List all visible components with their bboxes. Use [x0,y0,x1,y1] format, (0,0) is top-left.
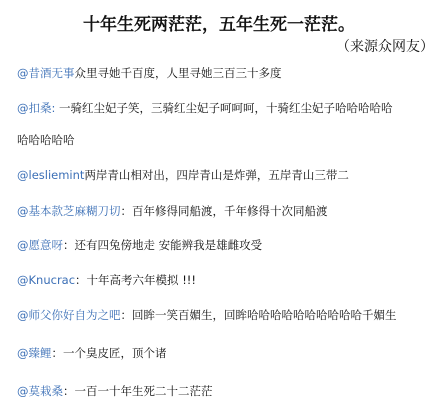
separator: ： [121,308,133,322]
source-note: （来源众网友） [336,36,434,56]
comment-item: @Knucrac：十年高考六年模拟 !!! [17,273,432,287]
separator: ： [52,346,64,360]
user-mention[interactable]: @愿意呀 [17,238,63,252]
comment-item: @愿意呀：还有四兔傍地走 安能辨我是雄雌攻受 [17,238,432,252]
comment-text: 众里寻她千百度，人里寻她三百三十多度 [75,66,282,80]
separator: : [52,101,60,115]
comment-item: @臻鲤：一个臭皮匠，顶个诸 [17,346,432,360]
user-mention[interactable]: @师父你好自为之吧 [17,308,121,322]
comment-continuation: 哈哈哈哈哈 [17,133,75,147]
user-mention[interactable]: @基本款芝麻糊刀切 [17,204,121,218]
separator: ： [75,273,87,287]
separator: ： [63,238,75,252]
user-mention[interactable]: @臻鲤 [17,346,52,360]
comment-text: 百年修得同船渡，千年修得十次同船渡 [132,204,328,218]
comment-text: 一百一十年生死二十二茫茫 [75,384,213,398]
user-mention[interactable]: @莫栽桑 [17,384,63,398]
comment-item: @昔酒无事众里寻她千百度，人里寻她三百三十多度 [17,66,432,80]
page-title: 十年生死两茫茫，五年生死一茫茫。 [0,10,438,35]
comment-text: 一骑红尘妃子笑，三骑红尘妃子呵呵呵，十骑红尘妃子哈哈哈哈哈 [59,101,393,115]
comment-text: 一个臭皮匠，顶个诸 [63,346,167,360]
comment-text: 十年高考六年模拟 !!! [87,273,197,287]
user-mention[interactable]: @昔酒无事 [17,66,75,80]
comment-item: @基本款芝麻糊刀切：百年修得同船渡，千年修得十次同船渡 [17,204,432,218]
user-mention[interactable]: @扣桑 [17,101,52,115]
comment-item: @莫栽桑：一百一十年生死二十二茫茫 [17,384,432,398]
comment-item: @扣桑: 一骑红尘妃子笑，三骑红尘妃子呵呵呵，十骑红尘妃子哈哈哈哈哈 [17,101,432,115]
comment-item: @师父你好自为之吧：回眸一笑百媚生，回眸哈哈哈哈哈哈哈哈哈哈千媚生 [17,308,432,322]
comment-text: 还有四兔傍地走 安能辨我是雄雌攻受 [75,238,263,252]
comment-text: 两岸青山相对出，四岸青山是炸弹，五岸青山三带二 [84,168,349,182]
comment-text: 回眸一笑百媚生，回眸哈哈哈哈哈哈哈哈哈哈千媚生 [132,308,397,322]
comment-item: @lesliemint两岸青山相对出，四岸青山是炸弹，五岸青山三带二 [17,168,432,182]
user-mention[interactable]: @lesliemint [17,168,84,182]
separator: ： [63,384,75,398]
separator: ： [121,204,133,218]
user-mention[interactable]: @Knucrac [17,273,75,287]
